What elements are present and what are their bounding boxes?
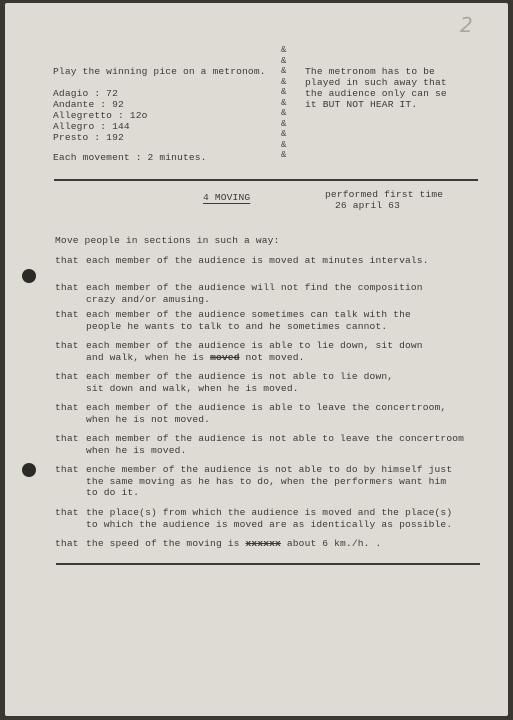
intro-text: Move people in sections in such a way: (55, 235, 279, 246)
performance-note-line: performed first time (325, 189, 443, 200)
tempo-allegretto: Allegretto : 12o (53, 110, 148, 121)
clause-keyword: that (55, 309, 86, 321)
metronome-note-line: the audience only can se (305, 88, 447, 99)
metronome-note-line: it BUT NOT HEAR IT. (305, 99, 417, 110)
clause-item: thatthe speed of the moving is xxxxxx ab… (55, 538, 381, 550)
ampersand: & (281, 98, 291, 109)
clause-keyword: that (55, 433, 86, 445)
clause-keyword: that (55, 538, 86, 550)
document-page: 2 Play the winning pice on a metronom. A… (5, 3, 508, 716)
ampersand-column: & & & & & & & & & & & (281, 45, 291, 161)
struck-word: xxxxxx (246, 538, 281, 549)
punch-hole-bottom (22, 463, 36, 477)
ampersand: & (281, 56, 291, 67)
clause-keyword: that (55, 340, 86, 352)
struck-word: moved (210, 352, 240, 363)
ampersand: & (281, 66, 291, 77)
piece-title: 4 MOVING (203, 192, 250, 203)
clause-item: thatenche member of the audience is not … (55, 464, 452, 499)
tempo-andante: Andante : 92 (53, 99, 124, 110)
ampersand: & (281, 140, 291, 151)
ampersand: & (281, 77, 291, 88)
ampersand: & (281, 45, 291, 56)
handwritten-page-number: 2 (460, 13, 473, 37)
movement-duration: Each movement : 2 minutes. (53, 152, 207, 163)
metronome-note-line: The metronom has to be (305, 66, 435, 77)
clause-item: thateach member of the audience is not a… (55, 371, 393, 394)
clause-keyword: that (55, 402, 86, 414)
ampersand: & (281, 129, 291, 140)
metronome-note-line: played in such away that (305, 77, 447, 88)
punch-hole-top (22, 269, 36, 283)
divider-top (54, 179, 478, 181)
clause-item: thatthe place(s) from which the audience… (55, 507, 452, 530)
clause-keyword: that (55, 464, 86, 476)
performance-date: 26 april 63 (335, 200, 400, 211)
ampersand: & (281, 87, 291, 98)
divider-bottom (56, 563, 480, 565)
clause-keyword: that (55, 507, 86, 519)
tempo-allegro: Allegro : 144 (53, 121, 130, 132)
clause-item: thateach member of the audience is moved… (55, 255, 429, 267)
tempo-adagio: Adagio : 72 (53, 88, 118, 99)
clause-keyword: that (55, 282, 86, 294)
clause-item: thateach member of the audience sometime… (55, 309, 411, 332)
ampersand: & (281, 150, 291, 161)
tempo-presto: Presto : 192 (53, 132, 124, 143)
clause-keyword: that (55, 371, 86, 383)
clause-item: thateach member of the audience is able … (55, 402, 446, 425)
ampersand: & (281, 119, 291, 130)
metronome-instruction: Play the winning pice on a metronom. (53, 66, 266, 77)
clause-item: thateach member of the audience will not… (55, 282, 423, 305)
ampersand: & (281, 108, 291, 119)
clause-item: thateach member of the audience is not a… (55, 433, 464, 456)
clause-keyword: that (55, 255, 86, 267)
clause-item: thateach member of the audience is able … (55, 340, 423, 363)
